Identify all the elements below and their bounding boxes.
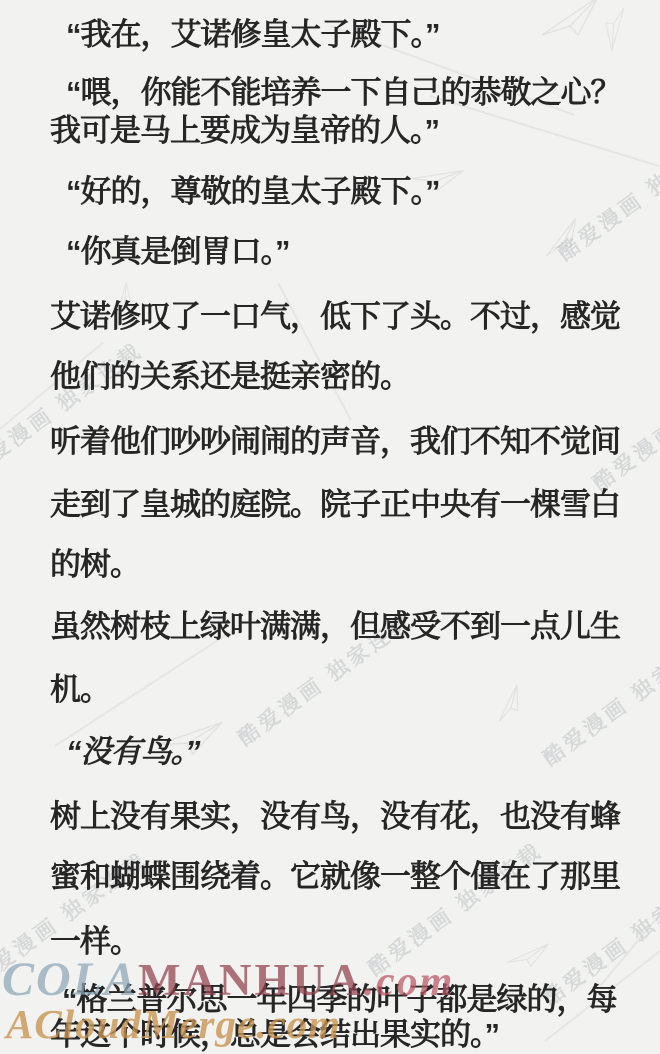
novel-text-line: 一样。 bbox=[50, 925, 140, 959]
novel-text-line: 走到了皇城的庭院。院子正中央有一棵雪白 bbox=[50, 488, 620, 522]
novel-text-line-emphasis: “没有鸟。” bbox=[66, 735, 200, 769]
novel-text-line: 年这个时候，总是会结出果实的。” bbox=[50, 1018, 499, 1052]
novel-text-line: 我可是马上要成为皇帝的人。” bbox=[50, 114, 439, 148]
novel-text-line: 虽然树枝上绿叶满满，但感受不到一点儿生 bbox=[50, 610, 620, 644]
novel-text-line: “好的，尊敬的皇太子殿下。” bbox=[66, 175, 440, 209]
novel-text-line: “喂，你能不能培养一下自己的恭敬之心？ bbox=[66, 76, 621, 110]
novel-text-line: “我在，艾诺修皇太子殿下。” bbox=[66, 18, 440, 52]
novel-text-line: 机。 bbox=[50, 673, 110, 707]
novel-text-line: 蜜和蝴蝶围绕着。它就像一整个僵在了那里 bbox=[50, 860, 620, 894]
novel-text-line: 树上没有果实，没有鸟，没有花，也没有蜂 bbox=[50, 800, 620, 834]
novel-text-line: 的树。 bbox=[50, 548, 140, 582]
novel-text-line: “你真是倒胃口。” bbox=[66, 235, 290, 269]
novel-text-line: 艾诺修叹了一口气，低下了头。不过，感觉 bbox=[50, 300, 620, 334]
novel-text-line: 听着他们吵吵闹闹的声音，我们不知不觉间 bbox=[50, 425, 620, 459]
novel-text-line: 他们的关系还是挺亲密的。 bbox=[50, 360, 410, 394]
novel-text-content: “我在，艾诺修皇太子殿下。” “喂，你能不能培养一下自己的恭敬之心？ 我可是马上… bbox=[0, 0, 660, 1054]
novel-reader-page: 酷爱漫画 独家连载 酷爱漫画 独家连载 酷爱漫画 独家连载 酷爱漫画 独家连载 … bbox=[0, 0, 660, 1054]
novel-text-line: “格兰普尔思一年四季的叶子都是绿的，每 bbox=[62, 983, 617, 1017]
